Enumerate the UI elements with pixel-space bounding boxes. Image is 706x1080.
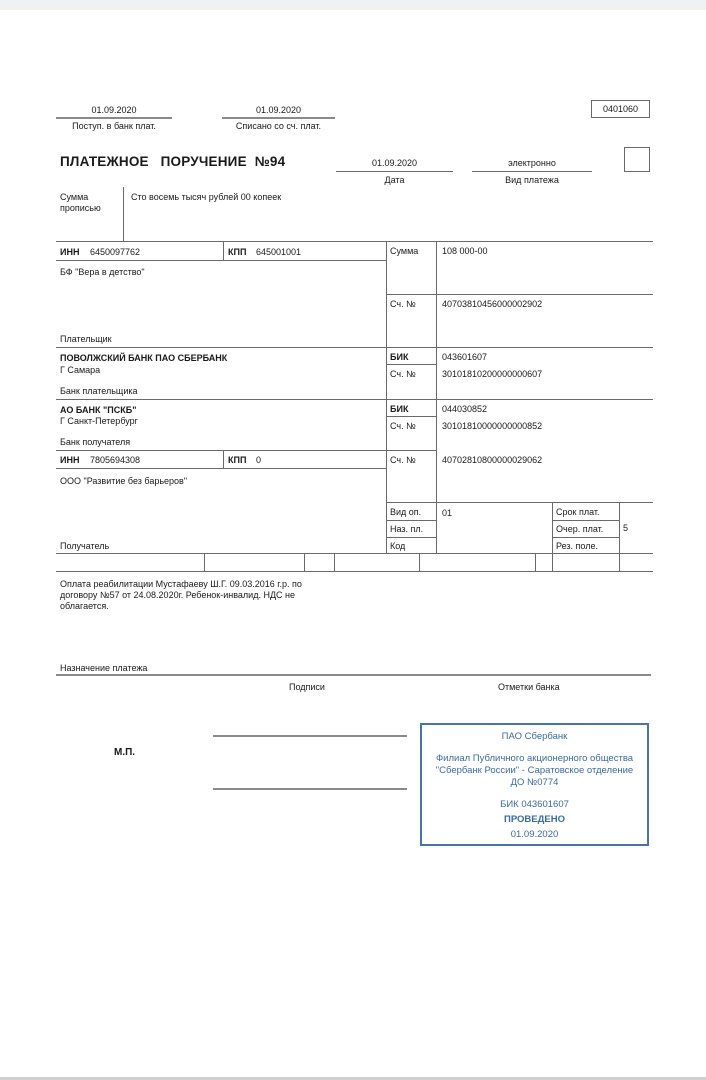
divider [419,553,420,571]
bank-stamp: ПАО Сбербанк Филиал Публичного акционерн… [420,723,649,846]
payee-bank-bik-label: БИК [390,404,408,415]
stamp-bank: ПАО Сбербанк [422,731,647,743]
divider [386,364,436,365]
divider [56,347,653,348]
divider [56,117,172,119]
payee-inn-label: ИНН [60,455,79,466]
payment-type-label: Вид платежа [472,175,592,186]
divider [552,537,619,538]
op-type-label: Вид оп. [390,507,421,518]
debited-date: 01.09.2020 [222,105,335,116]
divider [386,520,436,521]
divider [204,553,205,571]
seal-label: М.П. [114,747,135,758]
purpose-code-label: Наз. пл. [390,524,423,535]
sum-value: 108 000-00 [442,246,488,257]
divider [386,241,387,554]
divider [56,468,386,469]
debited-label: Списано со сч. плат. [222,121,335,132]
payee-account: 40702810800000029062 [442,455,542,466]
divider [56,260,386,261]
payer-inn-label: ИНН [60,247,79,258]
document-date: 01.09.2020 [336,158,453,169]
divider [56,450,386,451]
stamp-branch-3: ДО №0774 [422,777,647,789]
payer-account: 40703810456000002902 [442,299,542,310]
form-code: 0401060 [591,100,650,118]
payee-kpp-label: КПП [228,455,246,466]
divider [336,171,453,172]
stamp-branch-2: "Сбербанк России" - Саратовское отделени… [422,765,647,777]
divider [56,399,653,400]
amount-words-label-2: прописью [60,203,101,214]
payer-name: БФ "Вера в детство" [60,267,145,278]
document-date-label: Дата [336,175,453,186]
divider [386,502,653,503]
payer-inn-label-text: ИНН [60,247,79,257]
payer-label: Плательщик [60,334,112,345]
divider [56,241,653,242]
payee-bank-account: 30101810000000000852 [442,421,542,432]
divider [334,553,335,571]
page-title: ПЛАТЕЖНОЕ ПОРУЧЕНИЕ №94 [60,154,285,170]
payer-kpp-label: КПП [228,247,246,258]
stamp-branch-1: Филиал Публичного акционерного общества [422,753,647,765]
payee-bank-bik: 044030852 [442,404,487,415]
viewer-top-bar [0,0,706,10]
divider [56,571,653,572]
divider [386,294,653,295]
stamp-bik: БИК 043601607 [422,799,647,811]
divider [222,117,335,119]
payer-bank-name: ПОВОЛЖСКИЙ БАНК ПАО СБЕРБАНК [60,353,227,364]
divider [304,553,305,571]
payee-bank-label: Банк получателя [60,437,130,448]
divider [552,520,619,521]
payer-inn: 6450097762 [90,247,140,258]
signatures-label: Подписи [289,682,325,693]
priority-value: 5 [623,523,628,534]
payer-bank-account-label: Сч. № [390,369,416,380]
divider [386,416,436,417]
divider [223,450,224,468]
payer-account-label: Сч. № [390,299,416,310]
signature-line-2 [213,788,407,790]
sum-label: Сумма [390,246,418,257]
payer-bank-bik-label: БИК [390,352,408,363]
purpose-label: Назначение платежа [60,663,147,674]
status-code-box [624,147,650,172]
reserve-label: Рез. поле. [556,541,598,552]
divider [223,241,224,260]
divider [472,171,592,172]
amount-words-label-1: Сумма [60,192,88,203]
divider [535,553,536,571]
divider [56,674,651,676]
payee-bank-city: Г Санкт-Петербург [60,416,138,427]
payer-bank-bik: 043601607 [442,352,487,363]
payee-name: ООО "Развитие без барьеров" [60,476,187,487]
payer-bank-city: Г Самара [60,365,100,376]
divider [386,450,436,451]
bank-marks-label: Отметки банка [498,682,560,693]
due-label: Срок плат. [556,507,600,518]
divider [436,294,437,347]
op-type: 01 [442,508,452,519]
payee-label: Получатель [60,541,109,552]
payee-bank-name: АО БАНК "ПСКБ" [60,405,136,416]
priority-label: Очер. плат. [556,524,603,535]
divider [436,241,437,294]
divider [619,502,620,571]
payee-inn: 7805694308 [90,455,140,466]
payer-kpp: 645001001 [256,247,301,258]
stamp-date: 01.09.2020 [422,829,647,841]
purpose-line-2: договору №57 от 24.08.2020г. Ребенок-инв… [60,590,295,601]
payer-bank-account: 30101810200000000607 [442,369,542,380]
payee-account-label: Сч. № [390,455,416,466]
divider [436,347,437,554]
purpose-line-1: Оплата реабилитации Мустафаеву Ш.Г. 09.0… [60,579,302,590]
divider [56,553,653,554]
received-label: Поступ. в банк плат. [56,121,172,132]
code-label: Код [390,541,405,552]
payment-type: электронно [472,158,592,169]
received-date: 01.09.2020 [56,105,172,116]
payee-kpp: 0 [256,455,261,466]
divider [123,187,124,241]
divider [386,537,436,538]
purpose-line-3: облагается. [60,601,109,612]
signature-line-1 [213,735,407,737]
amount-words-value: Сто восемь тысяч рублей 00 копеек [131,192,281,203]
payee-bank-account-label: Сч. № [390,421,416,432]
payer-bank-label: Банк плательщика [60,386,138,397]
stamp-status: ПРОВЕДЕНО [422,814,647,826]
